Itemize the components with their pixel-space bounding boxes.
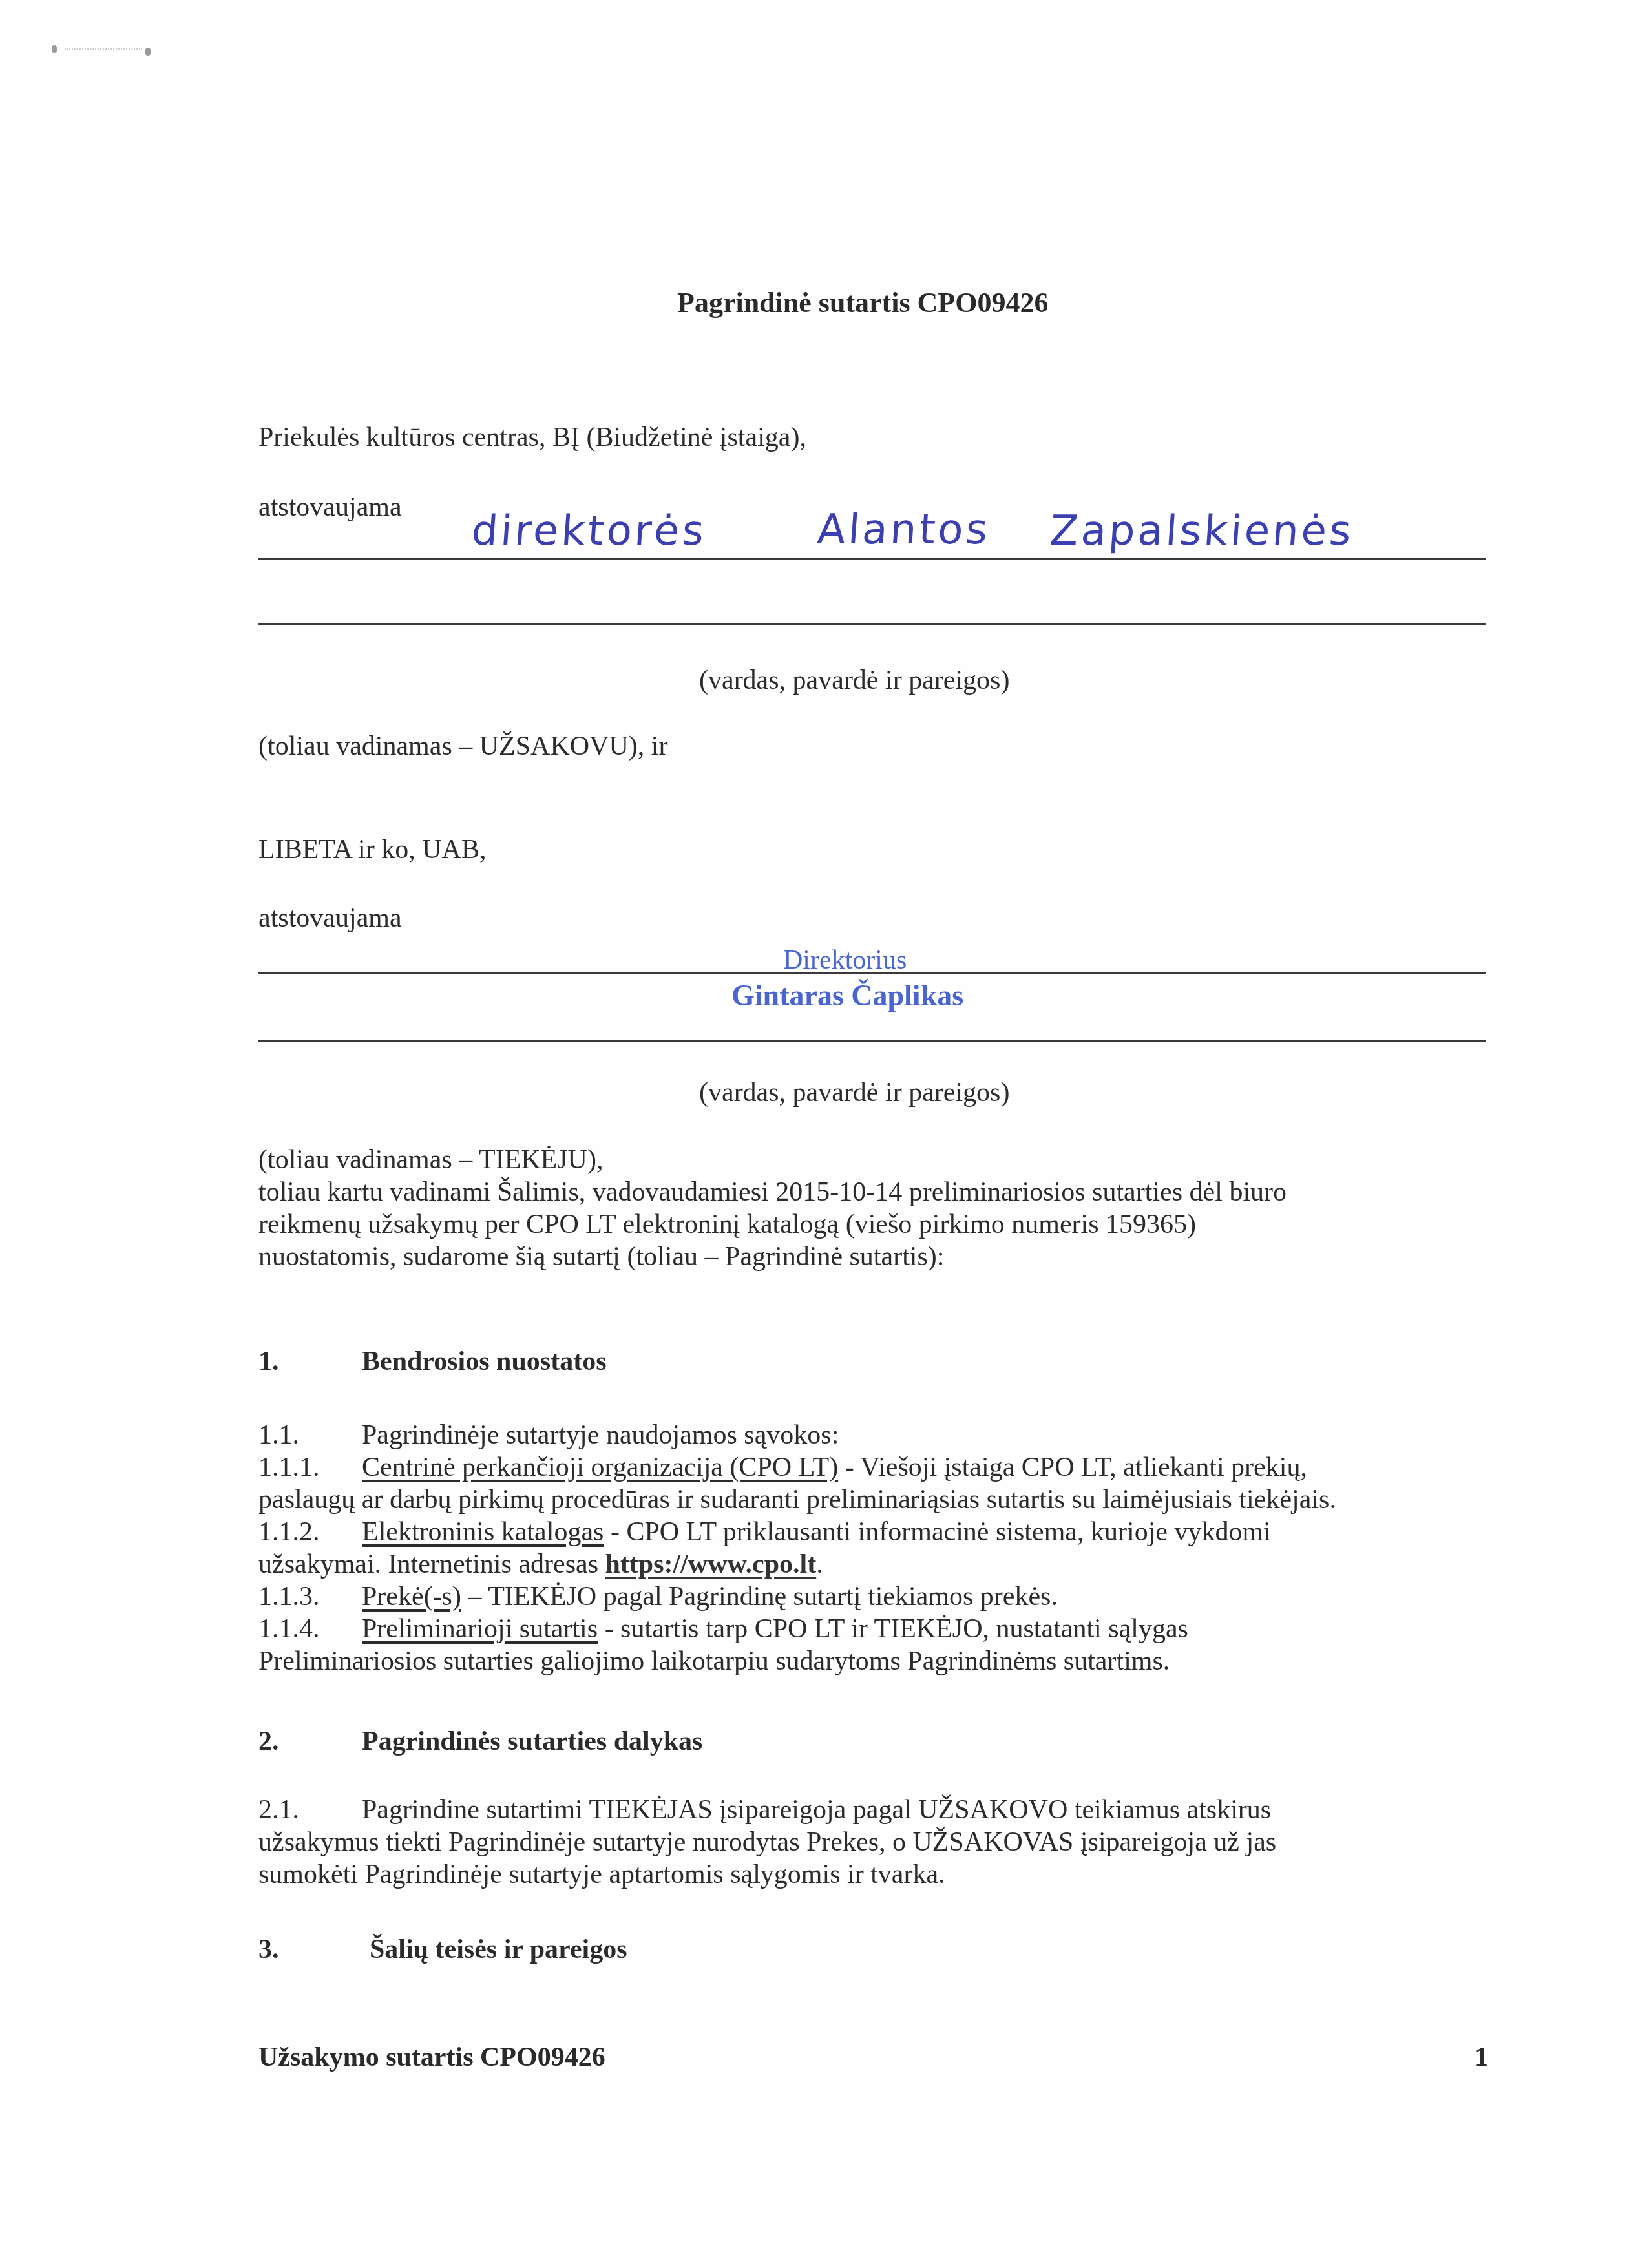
- defined-term: Centrinė perkančioji organizacija (CPO L…: [362, 1453, 838, 1482]
- section-title: Bendrosios nuostatos: [362, 1347, 607, 1376]
- buyer-caption: (vardas, pavardė ir pareigos): [699, 664, 1009, 697]
- section-title: Pagrindinės sutarties dalykas: [362, 1727, 702, 1756]
- clause-continuation: paslaugų ar darbų pirkimų procedūras ir …: [258, 1484, 1336, 1516]
- clause-number: 1.1.: [258, 1419, 362, 1451]
- handwritten-last-name: Zapalskienės: [1048, 507, 1355, 555]
- clause-number: 1.1.4.: [258, 1613, 362, 1645]
- scan-streak: [65, 48, 142, 51]
- punctuation: .: [816, 1549, 823, 1579]
- section-title: Šalių teisės ir pareigos: [370, 1935, 627, 1964]
- scan-speck: [52, 45, 57, 53]
- stamp-name: Gintaras Čaplikas: [731, 978, 963, 1013]
- clause-1-1-1: 1.1.1.Centrinė perkančioji organizacija …: [258, 1451, 1307, 1484]
- supplier-caption: (vardas, pavardė ir pareigos): [699, 1076, 1009, 1109]
- clause-text: - sutartis tarp CPO LT ir TIEKĖJO, nusta…: [598, 1614, 1188, 1644]
- section-1-heading: 1.Bendrosios nuostatos: [258, 1345, 607, 1378]
- buyer-signature-line-2: [258, 623, 1486, 625]
- defined-term: Preliminarioji sutartis: [362, 1614, 598, 1644]
- scan-speck: [145, 48, 151, 56]
- handwritten-role: direktorės: [470, 507, 708, 555]
- buyer-signature-line-1: [258, 558, 1486, 560]
- clause-text: – TIEKĖJO pagal Pagrindinę sutartį tieki…: [461, 1582, 1058, 1612]
- supplier-represented-label: atstovaujama: [258, 902, 402, 934]
- scan-artifact: [52, 45, 155, 50]
- buyer-represented-label: atstovaujama: [258, 491, 402, 523]
- clause-continuation: užsakymai. Internetinis adresas https://…: [258, 1548, 823, 1580]
- clause-number: 1.1.2.: [258, 1516, 362, 1548]
- clause-1-1: 1.1.Pagrindinėje sutartyje naudojamos są…: [258, 1419, 839, 1451]
- section-2-heading: 2.Pagrindinės sutarties dalykas: [258, 1725, 702, 1758]
- section-number: 2.: [258, 1725, 362, 1758]
- handwritten-first-name: Alantos: [815, 506, 991, 554]
- clause-continuation: užsakymus tiekti Pagrindinėje sutartyje …: [258, 1826, 1276, 1858]
- document-page: Pagrindinė sutartis CPO09426 Priekulės k…: [0, 0, 1649, 2268]
- supplier-name: LIBETA ir ko, UAB,: [258, 834, 486, 866]
- buyer-name: Priekulės kultūros centras, BĮ (Biudžeti…: [258, 421, 806, 454]
- clause-continuation: sumokėti Pagrindinėje sutartyje aptartom…: [258, 1858, 945, 1891]
- footer-document-name: Užsakymo sutartis CPO09426: [258, 2042, 605, 2073]
- clause-1-1-2: 1.1.2.Elektroninis katalogas - CPO LT pr…: [258, 1516, 1271, 1548]
- clause-text: užsakymai. Internetinis adresas: [258, 1549, 605, 1579]
- clause-number: 1.1.3.: [258, 1580, 362, 1613]
- supplier-hereinafter: (toliau vadinamas – TIEKĖJU),: [258, 1144, 603, 1176]
- clause-1-1-4: 1.1.4.Preliminarioji sutartis - sutartis…: [258, 1613, 1188, 1645]
- clause-2-1: 2.1.Pagrindine sutartimi TIEKĖJAS įsipar…: [258, 1794, 1271, 1826]
- defined-term: Elektroninis katalogas: [362, 1517, 604, 1547]
- clause-1-1-3: 1.1.3.Prekė(-s) – TIEKĖJO pagal Pagrindi…: [258, 1580, 1058, 1613]
- buyer-hereinafter: (toliau vadinamas – UŽSAKOVU), ir: [258, 730, 667, 762]
- supplier-signature-line-1: [258, 972, 1486, 974]
- document-title: Pagrindinė sutartis CPO09426: [677, 286, 1048, 319]
- preamble-line: reikmenų užsakymų per CPO LT elektroninį…: [258, 1208, 1196, 1241]
- clause-number: 1.1.1.: [258, 1451, 362, 1484]
- cpo-website-link[interactable]: https://www.cpo.lt: [605, 1549, 816, 1579]
- section-number: 3.: [258, 1933, 370, 1966]
- clause-text: Pagrindine sutartimi TIEKĖJAS įsipareigo…: [362, 1795, 1271, 1825]
- clause-continuation: Preliminariosios sutarties galiojimo lai…: [258, 1645, 1170, 1677]
- stamp-role: Direktorius: [783, 945, 907, 976]
- defined-term: Prekė(-s): [362, 1582, 461, 1612]
- clause-text: Pagrindinėje sutartyje naudojamos sąvoko…: [362, 1420, 839, 1450]
- preamble-line: nuostatomis, sudarome šią sutartį (tolia…: [258, 1241, 945, 1273]
- clause-text: - CPO LT priklausanti informacinė sistem…: [604, 1517, 1270, 1547]
- footer-page-number: 1: [1475, 2042, 1488, 2073]
- clause-number: 2.1.: [258, 1794, 362, 1826]
- supplier-signature-line-2: [258, 1040, 1486, 1042]
- section-number: 1.: [258, 1345, 362, 1378]
- clause-text: - Viešoji įstaiga CPO LT, atliekanti pre…: [838, 1453, 1307, 1482]
- section-3-heading: 3.Šalių teisės ir pareigos: [258, 1933, 627, 1966]
- preamble-line: toliau kartu vadinami Šalimis, vadovauda…: [258, 1176, 1287, 1208]
